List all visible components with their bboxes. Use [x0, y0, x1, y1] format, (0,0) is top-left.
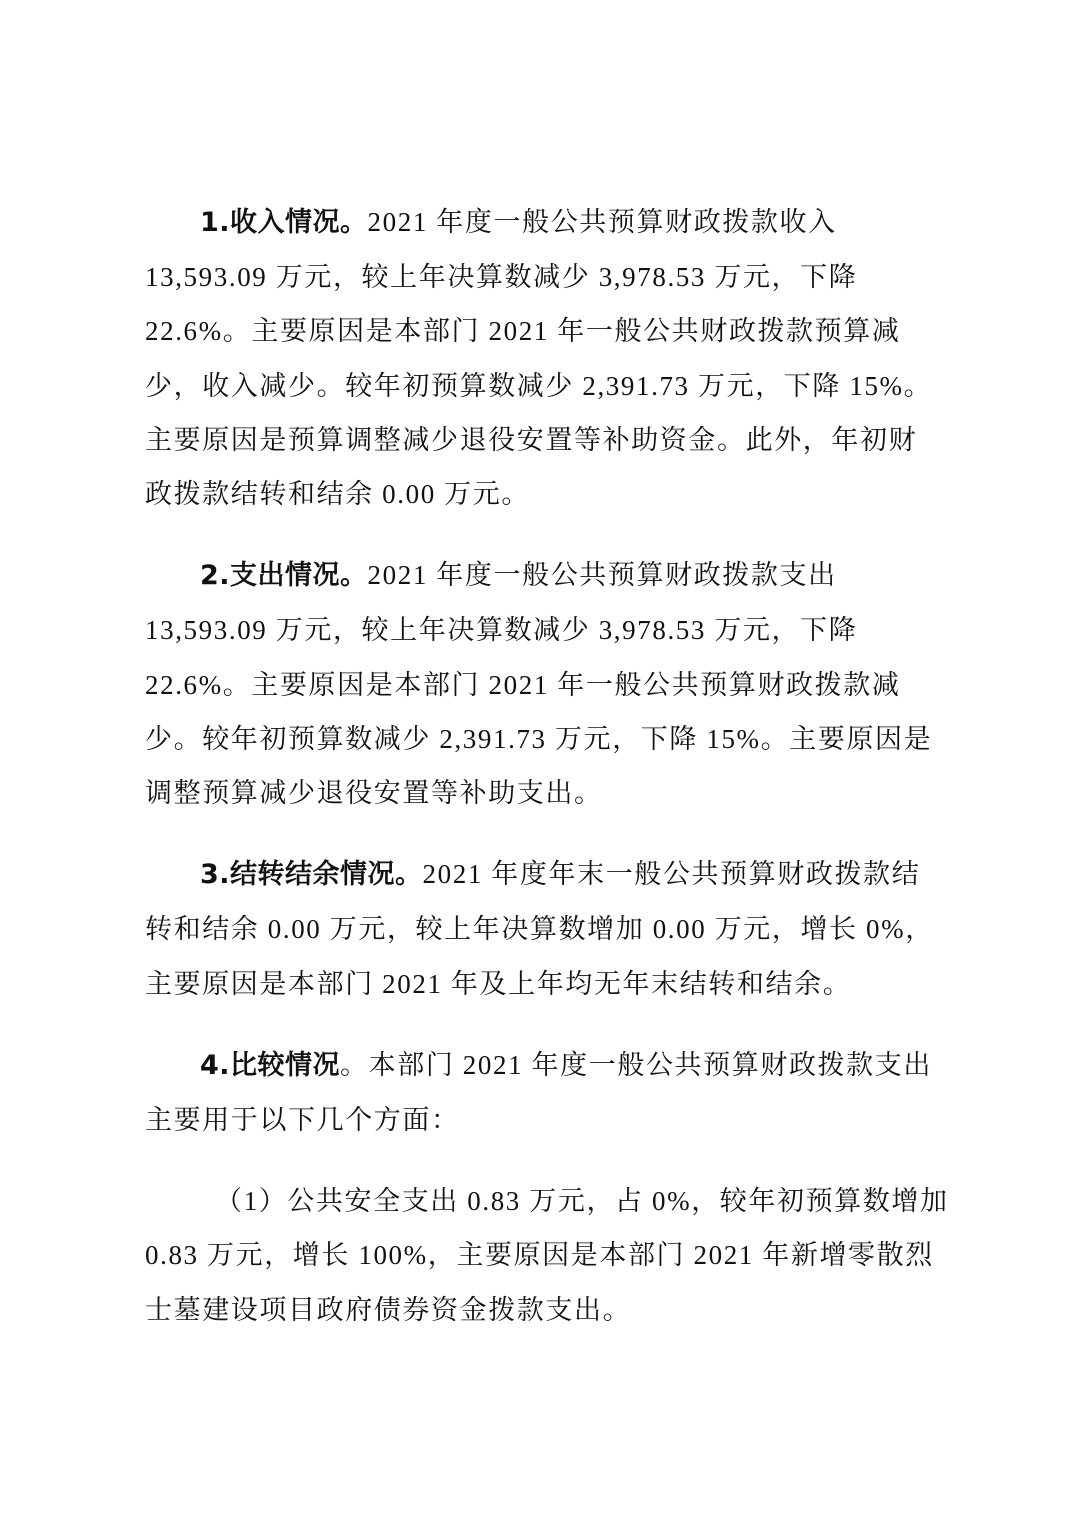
section-expenditure: 2.支出情况。2021 年度一般公共预算财政拨款支出 13,593.09 万元，… [145, 548, 940, 820]
paragraph-line: 1.收入情况。2021 年度一般公共预算财政拨款收入 [145, 195, 940, 250]
paragraph-line: 政拨款结转和结余 0.00 万元。 [145, 467, 940, 521]
paragraph-line: 4.比较情况。本部门 2021 年度一般公共预算财政拨款支出 [145, 1038, 940, 1093]
section-heading: 3.结转结余情况。 [200, 859, 423, 890]
section-heading: 2.支出情况。 [200, 560, 368, 591]
paragraph-line: 转和结余 0.00 万元，较上年决算数增加 0.00 万元，增长 0%， [145, 902, 940, 956]
paragraph-line: 少，收入减少。较年初预算数减少 2,391.73 万元，下降 15%。 [145, 359, 940, 413]
line-text: 。本部门 2021 年度一般公共预算财政拨款支出 [340, 1050, 932, 1080]
section-comparison: 4.比较情况。本部门 2021 年度一般公共预算财政拨款支出 主要用于以下几个方… [145, 1038, 940, 1147]
section-carryover: 3.结转结余情况。2021 年度年末一般公共预算财政拨款结 转和结余 0.00 … [145, 847, 940, 1011]
paragraph-line: 少。较年初预算数减少 2,391.73 万元，下降 15%。主要原因是 [145, 712, 940, 766]
line-text: 2021 年度一般公共预算财政拨款支出 [368, 560, 837, 590]
paragraph-line: 调整预算减少退役安置等补助支出。 [145, 766, 940, 820]
paragraph-line: （1）公共安全支出 0.83 万元，占 0%，较年初预算数增加 [145, 1174, 940, 1228]
section-income: 1.收入情况。2021 年度一般公共预算财政拨款收入 13,593.09 万元，… [145, 195, 940, 521]
section-heading: 4.比较情况 [200, 1050, 340, 1081]
paragraph-line: 22.6%。主要原因是本部门 2021 年一般公共预算财政拨款减 [145, 658, 940, 712]
section-public-security: （1）公共安全支出 0.83 万元，占 0%，较年初预算数增加 0.83 万元，… [145, 1174, 940, 1337]
paragraph-line: 主要原因是本部门 2021 年及上年均无年末结转和结余。 [145, 957, 940, 1011]
line-text: 2021 年度一般公共预算财政拨款收入 [368, 207, 837, 237]
paragraph-line: 13,593.09 万元，较上年决算数减少 3,978.53 万元，下降 [145, 603, 940, 657]
document-page: 1.收入情况。2021 年度一般公共预算财政拨款收入 13,593.09 万元，… [145, 195, 940, 1364]
paragraph-line: 士墓建设项目政府债券资金拨款支出。 [145, 1283, 940, 1337]
line-text: 2021 年度年末一般公共预算财政拨款结 [423, 859, 921, 889]
paragraph-line: 主要原因是预算调整减少退役安置等补助资金。此外，年初财 [145, 413, 940, 467]
paragraph-line: 0.83 万元，增长 100%，主要原因是本部门 2021 年新增零散烈 [145, 1228, 940, 1282]
paragraph-line: 3.结转结余情况。2021 年度年末一般公共预算财政拨款结 [145, 847, 940, 902]
paragraph-line: 13,593.09 万元，较上年决算数减少 3,978.53 万元，下降 [145, 250, 940, 304]
paragraph-line: 2.支出情况。2021 年度一般公共预算财政拨款支出 [145, 548, 940, 603]
paragraph-line: 22.6%。主要原因是本部门 2021 年一般公共财政拨款预算减 [145, 304, 940, 358]
paragraph-line: 主要用于以下几个方面： [145, 1093, 940, 1147]
section-heading: 1.收入情况。 [200, 207, 368, 238]
